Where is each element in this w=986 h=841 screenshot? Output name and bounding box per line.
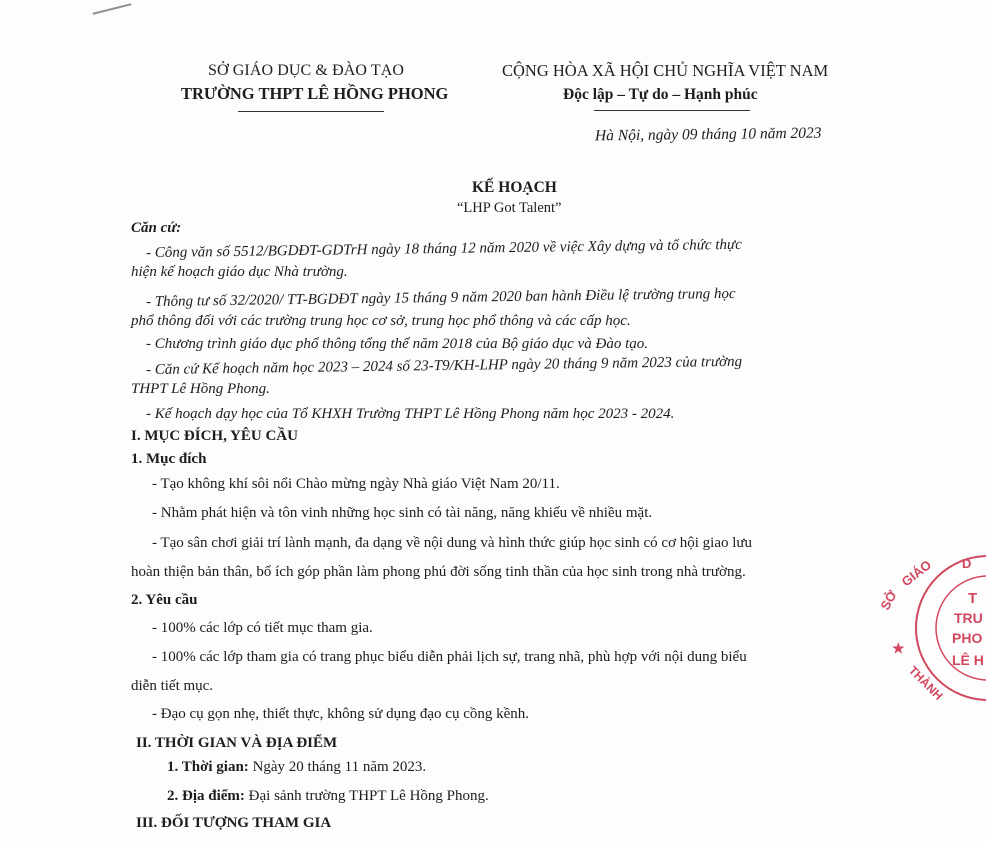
basis-line: - Công văn số 5512/BGDĐT-GDTrH ngày 18 t… [146, 237, 742, 262]
basis-heading: Căn cứ: [131, 220, 181, 237]
requirements-line: - 100% các lớp tham gia có trang phục bi… [152, 649, 747, 666]
svg-text:★: ★ [892, 640, 905, 656]
official-stamp: SỞ GIÁO D ★ THÀNH T TRU PHO LÊ H [870, 553, 986, 703]
time-value: Ngày 20 tháng 11 năm 2023. [249, 759, 426, 775]
svg-text:GIÁO: GIÁO [899, 557, 934, 589]
time-label: 1. Thời gian: [167, 759, 249, 775]
header-left-underline [238, 111, 384, 112]
basis-line: phổ thông đối với các trường trung học c… [131, 313, 631, 330]
requirements-heading: 2. Yêu cầu [131, 592, 198, 609]
section-3-heading: III. ĐỐI TƯỢNG THAM GIA [136, 815, 331, 832]
requirements-line: - 100% các lớp có tiết mục tham gia. [152, 620, 373, 637]
purpose-line: - Tạo không khí sôi nổi Chào mừng ngày N… [152, 476, 560, 493]
basis-line: THPT Lê Hồng Phong. [131, 381, 270, 398]
svg-text:D: D [962, 556, 971, 571]
svg-text:SỞ: SỞ [877, 587, 900, 612]
document-subtitle: “LHP Got Talent” [457, 200, 562, 217]
nation-name: CỘNG HÒA XÃ HỘI CHỦ NGHĨA VIỆT NAM [502, 61, 828, 81]
place-label: 2. Địa điểm: [167, 788, 245, 804]
section-2-heading: II. THỜI GIAN VÀ ĐỊA ĐIỂM [136, 735, 337, 752]
purpose-line: hoàn thiện bản thân, bổ ích góp phần làm… [131, 564, 746, 581]
purpose-line: - Nhằm phát hiện và tôn vinh những học s… [152, 505, 652, 522]
basis-line: - Chương trình giáo dục phổ thông tổng t… [146, 336, 648, 353]
basis-line: - Thông tư số 32/2020/ TT-BGDĐT ngày 15 … [146, 286, 736, 311]
school-name: TRƯỜNG THPT LÊ HỒNG PHONG [181, 84, 448, 104]
purpose-heading: 1. Mục đích [131, 451, 206, 468]
basis-line: - Kế hoạch dạy học của Tổ KHXH Trường TH… [146, 406, 674, 423]
place-value: Đại sảnh trường THPT Lê Hồng Phong. [245, 788, 489, 804]
svg-text:TRU: TRU [954, 610, 983, 626]
event-time: 1. Thời gian: Ngày 20 tháng 11 năm 2023. [167, 759, 426, 776]
section-1-heading: I. MỤC ĐÍCH, YÊU CẦU [131, 428, 298, 445]
requirements-line: - Đạo cụ gọn nhẹ, thiết thực, không sử d… [152, 706, 529, 723]
svg-text:PHO: PHO [952, 630, 982, 646]
purpose-line: - Tạo sân chơi giải trí lành mạnh, đa dạ… [152, 535, 752, 552]
event-place: 2. Địa điểm: Đại sảnh trường THPT Lê Hồn… [167, 788, 489, 805]
national-motto: Độc lập – Tự do – Hạnh phúc [563, 86, 758, 104]
document-date: Hà Nội, ngày 09 tháng 10 năm 2023 [595, 125, 822, 146]
svg-text:LÊ H: LÊ H [952, 651, 984, 668]
document-title: KẾ HOẠCH [472, 179, 557, 197]
basis-line: - Căn cứ Kế hoạch năm học 2023 – 2024 số… [146, 354, 742, 379]
stamp-seal-icon: SỞ GIÁO D ★ THÀNH T TRU PHO LÊ H [870, 553, 986, 703]
svg-text:T: T [968, 590, 977, 607]
agency-name: SỞ GIÁO DỤC & ĐÀO TẠO [208, 62, 404, 80]
header-right-underline [594, 110, 750, 111]
requirements-line: diễn tiết mục. [131, 678, 213, 695]
scan-mark [92, 3, 131, 15]
basis-line: hiện kế hoạch giáo dục Nhà trường. [131, 264, 348, 281]
